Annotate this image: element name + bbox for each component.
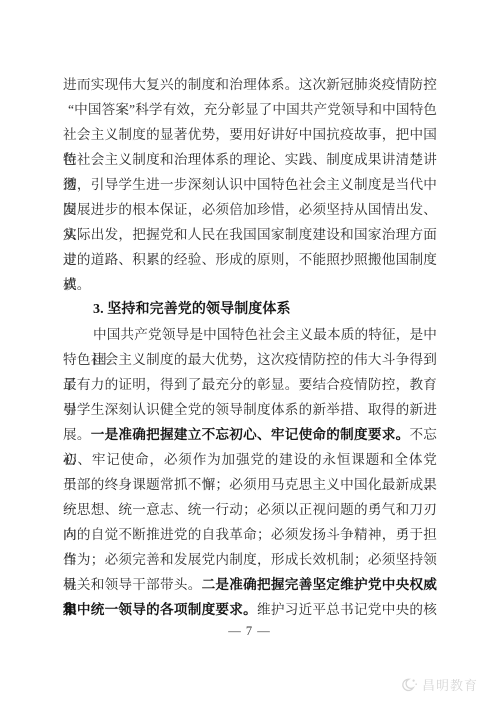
- page-number: — 7 —: [0, 624, 499, 639]
- text-run: 导学生深刻认识健全党的领导制度体系的新举措、取得的新进: [63, 402, 437, 417]
- text-line: “中国答案”科学有效，充分彰显了中国共产党领导和中国特色: [63, 97, 437, 122]
- text-line: 集中统一领导的各项制度要求。维护习近平总书记党中央的核: [63, 597, 437, 622]
- text-line: 式。: [63, 272, 437, 297]
- text-run: 进而实现伟大复兴的制度和治理体系。这次新冠肺炎疫情防控: [63, 77, 437, 92]
- crescent-moon-logo-icon: [401, 677, 418, 693]
- text-run: 机关和领导干部带头。: [63, 577, 202, 592]
- text-line: 进而实现伟大复兴的制度和治理体系。这次新冠肺炎疫情防控: [63, 72, 437, 97]
- bold-emphasis: 一是准确把握建立不忘初心、牢记使命的制度要求。: [91, 427, 410, 442]
- text-line: 干部的终身课题常抓不懈；必须用马克思主义中国化最新成果统: [63, 472, 437, 497]
- text-line: 过的道路、积累的经验、形成的原则，不能照抄照搬他国制度模: [63, 247, 437, 272]
- document-page: 进而实现伟大复兴的制度和治理体系。这次新冠肺炎疫情防控“中国答案”科学有效，充分…: [0, 0, 499, 707]
- text-line: 特色社会主义制度的最大优势，这次疫情防控的伟大斗争得到了: [63, 347, 437, 372]
- watermark-text: 昌明教育: [422, 675, 478, 694]
- text-line: 展。一是准确把握建立不忘初心、牢记使命的制度要求。不忘初: [63, 422, 437, 447]
- bold-emphasis: 集中统一领导的各项制度要求。: [63, 602, 257, 617]
- text-line: 色社会主义制度和治理体系的理论、实践、制度成果讲清楚讲透: [63, 147, 437, 172]
- text-run: 维护习近平总书记党中央的核: [257, 602, 437, 617]
- text-line: 彻，引导学生进一步深刻认识中国特色社会主义制度是当代中国: [63, 172, 437, 197]
- text-line: 实际出发，把握党和人民在我国国家制度建设和国家治理方面走: [63, 222, 437, 247]
- text-run: 展。: [63, 427, 91, 442]
- text-line: 社会主义制度的显著优势，要用好讲好中国抗疫故事，把中国特: [63, 122, 437, 147]
- text-line: 心、牢记使命，必须作为加强党的建设的永恒课题和全体党员、: [63, 447, 437, 472]
- document-body: 进而实现伟大复兴的制度和治理体系。这次新冠肺炎疫情防控“中国答案”科学有效，充分…: [63, 72, 437, 622]
- bold-emphasis: 3. 坚持和完善党的领导制度体系: [93, 302, 291, 317]
- text-line: 机关和领导干部带头。二是准确把握完善坚定维护党中央权威和: [63, 572, 437, 597]
- watermark: 昌明教育: [401, 675, 478, 694]
- text-line: 导学生深刻认识健全党的领导制度体系的新举措、取得的新进: [63, 397, 437, 422]
- text-line: 作为；必须完善和发展党内制度，形成长效机制；必须坚持领导: [63, 547, 437, 572]
- text-run: “中国答案”科学有效，充分彰显了中国共产党领导和中国特色: [68, 102, 437, 117]
- text-line: 一思想、统一意志、统一行动；必须以正视问题的勇气和刀刃向: [63, 497, 437, 522]
- text-line: 发展进步的根本保证，必须倍加珍惜，必须坚持从国情出发、从: [63, 197, 437, 222]
- section-heading: 3. 坚持和完善党的领导制度体系: [63, 297, 437, 322]
- text-line: 内的自觉不断推进党的自我革命；必须发扬斗争精神，勇于担当: [63, 522, 437, 547]
- text-run: 式。: [63, 277, 90, 292]
- text-line: 中国共产党领导是中国特色社会主义最本质的特征，是中国: [63, 322, 437, 347]
- text-line: 最有力的证明，得到了最充分的彰显。要结合疫情防控，教育引: [63, 372, 437, 397]
